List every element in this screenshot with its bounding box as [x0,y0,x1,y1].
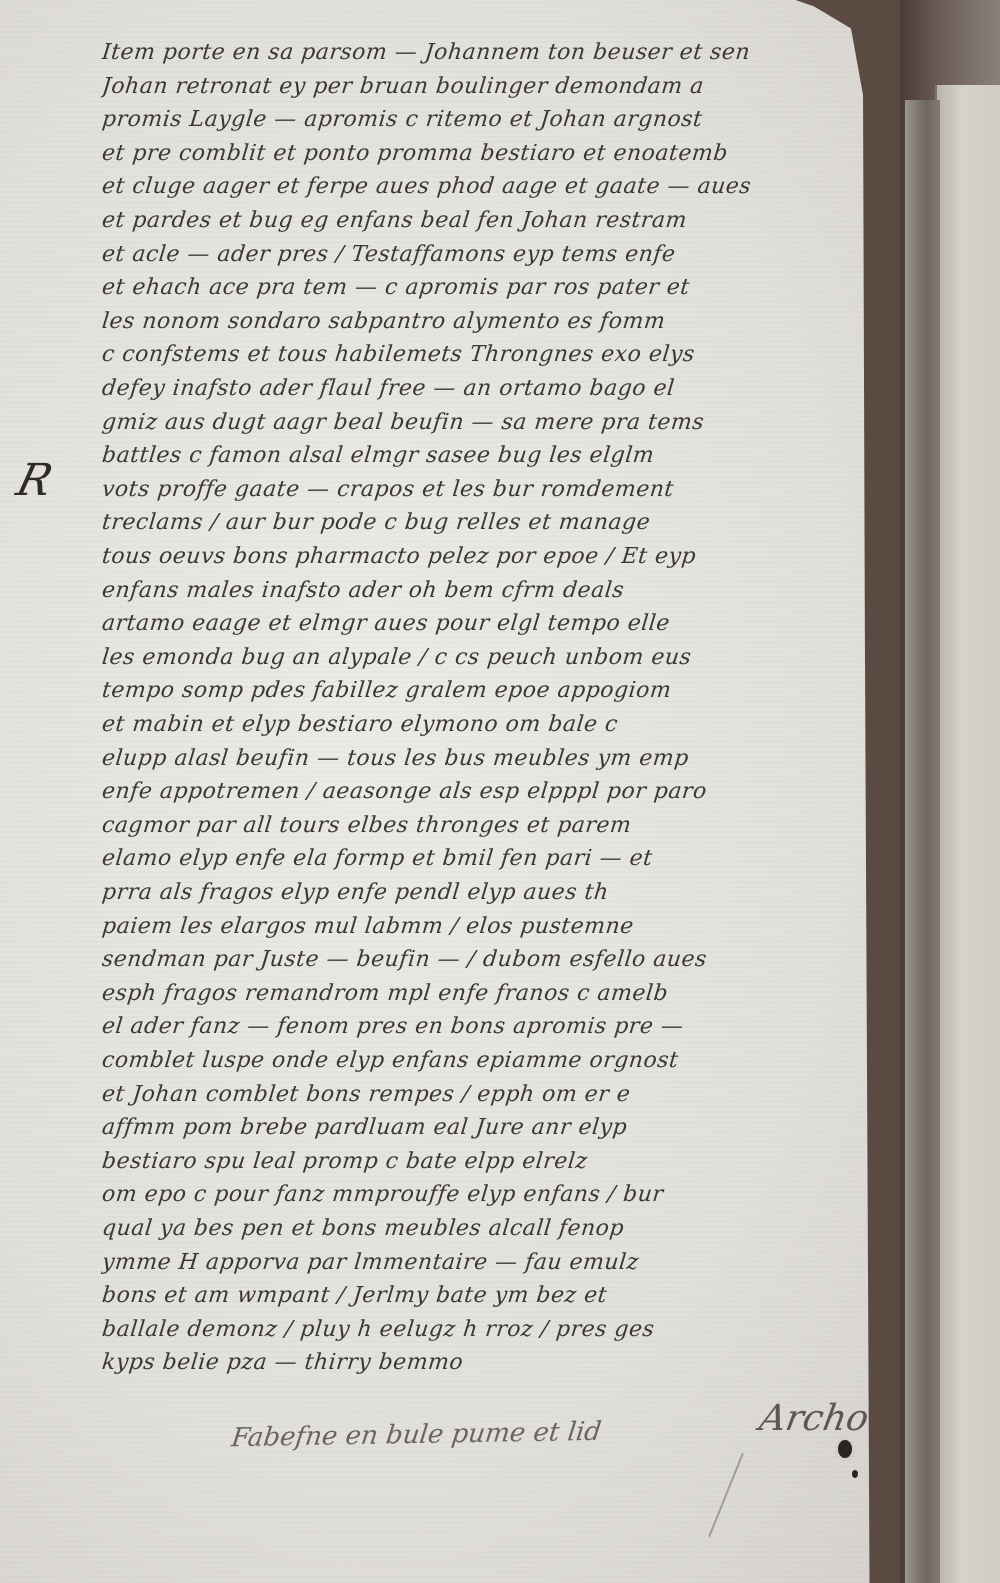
manuscript-line: enfe appotremen / aeasonge als esp elppp… [100,777,903,807]
manuscript-line: el ader fanz — fenom pres en bons apromi… [100,1012,903,1042]
adjacent-page-edge [935,85,1000,1583]
paper-hole-small [852,1470,858,1478]
manuscript-line: esph fragos remandrom mpl enfe franos c … [100,979,903,1009]
manuscript-line: enfans males inafsto ader oh bem cfrm de… [100,576,903,606]
closing-line: Fabefne en bule pume et lid [230,1417,603,1453]
manuscript-line: et pardes et bug eg enfans beal fen Joha… [100,206,903,236]
manuscript-line: elamo elyp enfe ela formp et bmil fen pa… [100,844,903,874]
manuscript-line: bestiaro spu leal promp c bate elpp elre… [100,1147,903,1177]
signature: Archon [756,1398,895,1439]
paper-hole [838,1440,852,1458]
manuscript-line: kyps belie pza — thirry bemmo [100,1348,903,1378]
manuscript-line: artamo eaage et elmgr aues pour elgl tem… [100,609,903,639]
manuscript-line: qual ya bes pen et bons meubles alcall f… [100,1214,903,1244]
manuscript-line: bons et am wmpant / Jerlmy bate ym bez e… [100,1281,903,1311]
manuscript-line: tous oeuvs bons pharmacto pelez por epoe… [100,542,903,572]
manuscript-line: les nonom sondaro sabpantro alymento es … [100,307,903,337]
manuscript-line: elupp alasl beufin — tous les bus meuble… [100,744,903,774]
margin-note: R [12,455,58,506]
manuscript-line: ymme H apporva par lmmentaire — fau emul… [100,1248,903,1278]
manuscript-line: vots proffe gaate — crapos et les bur ro… [100,475,903,505]
manuscript-line: cagmor par all tours elbes thronges et p… [100,811,903,841]
manuscript-line: prra als fragos elyp enfe pendl elyp aue… [100,878,903,908]
manuscript-line: Item porte en sa parsom — Johannem ton b… [100,38,903,68]
gutter-shadow [905,100,940,1583]
pen-stroke [708,1453,744,1537]
manuscript-line: treclams / aur bur pode c bug relles et … [100,508,903,538]
manuscript-line: comblet luspe onde elyp enfans epiamme o… [100,1046,903,1076]
manuscript-line: paiem les elargos mul labmm / elos puste… [100,912,903,942]
manuscript-line: et ehach ace pra tem — c apromis par ros… [100,273,903,303]
manuscript-line: et acle — ader pres / Testaffamons eyp t… [100,240,903,270]
manuscript-line: et cluge aager et ferpe aues phod aage e… [100,172,903,202]
manuscript-line: om epo c pour fanz mmprouffe elyp enfans… [100,1180,903,1210]
manuscript-line: battles c famon alsal elmgr sasee bug le… [100,441,903,471]
manuscript-page: R Item porte en sa parsom — Johannem ton… [0,0,925,1583]
manuscript-line: et pre comblit et ponto promma bestiaro … [100,139,903,169]
manuscript-line: et Johan comblet bons rempes / epph om e… [100,1080,903,1110]
manuscript-line: defey inafsto ader flaul free — an ortam… [100,374,903,404]
manuscript-line: tempo somp pdes fabillez gralem epoe app… [100,676,903,706]
manuscript-line: promis Laygle — apromis c ritemo et Joha… [100,105,903,135]
manuscript-line: sendman par Juste — beufin — / dubom esf… [100,945,903,975]
manuscript-line: affmm pom brebe pardluam eal Jure anr el… [100,1113,903,1143]
manuscript-line: ballale demonz / pluy h eelugz h rroz / … [100,1315,903,1345]
manuscript-line: c confstems et tous habilemets Throngnes… [100,340,903,370]
manuscript-line: les emonda bug an alypale / c cs peuch u… [100,643,903,673]
manuscript-line: Johan retronat ey per bruan boulinger de… [100,72,903,102]
manuscript-line: et mabin et elyp bestiaro elymono om bal… [100,710,903,740]
manuscript-line: gmiz aus dugt aagr beal beufin — sa mere… [100,408,903,438]
